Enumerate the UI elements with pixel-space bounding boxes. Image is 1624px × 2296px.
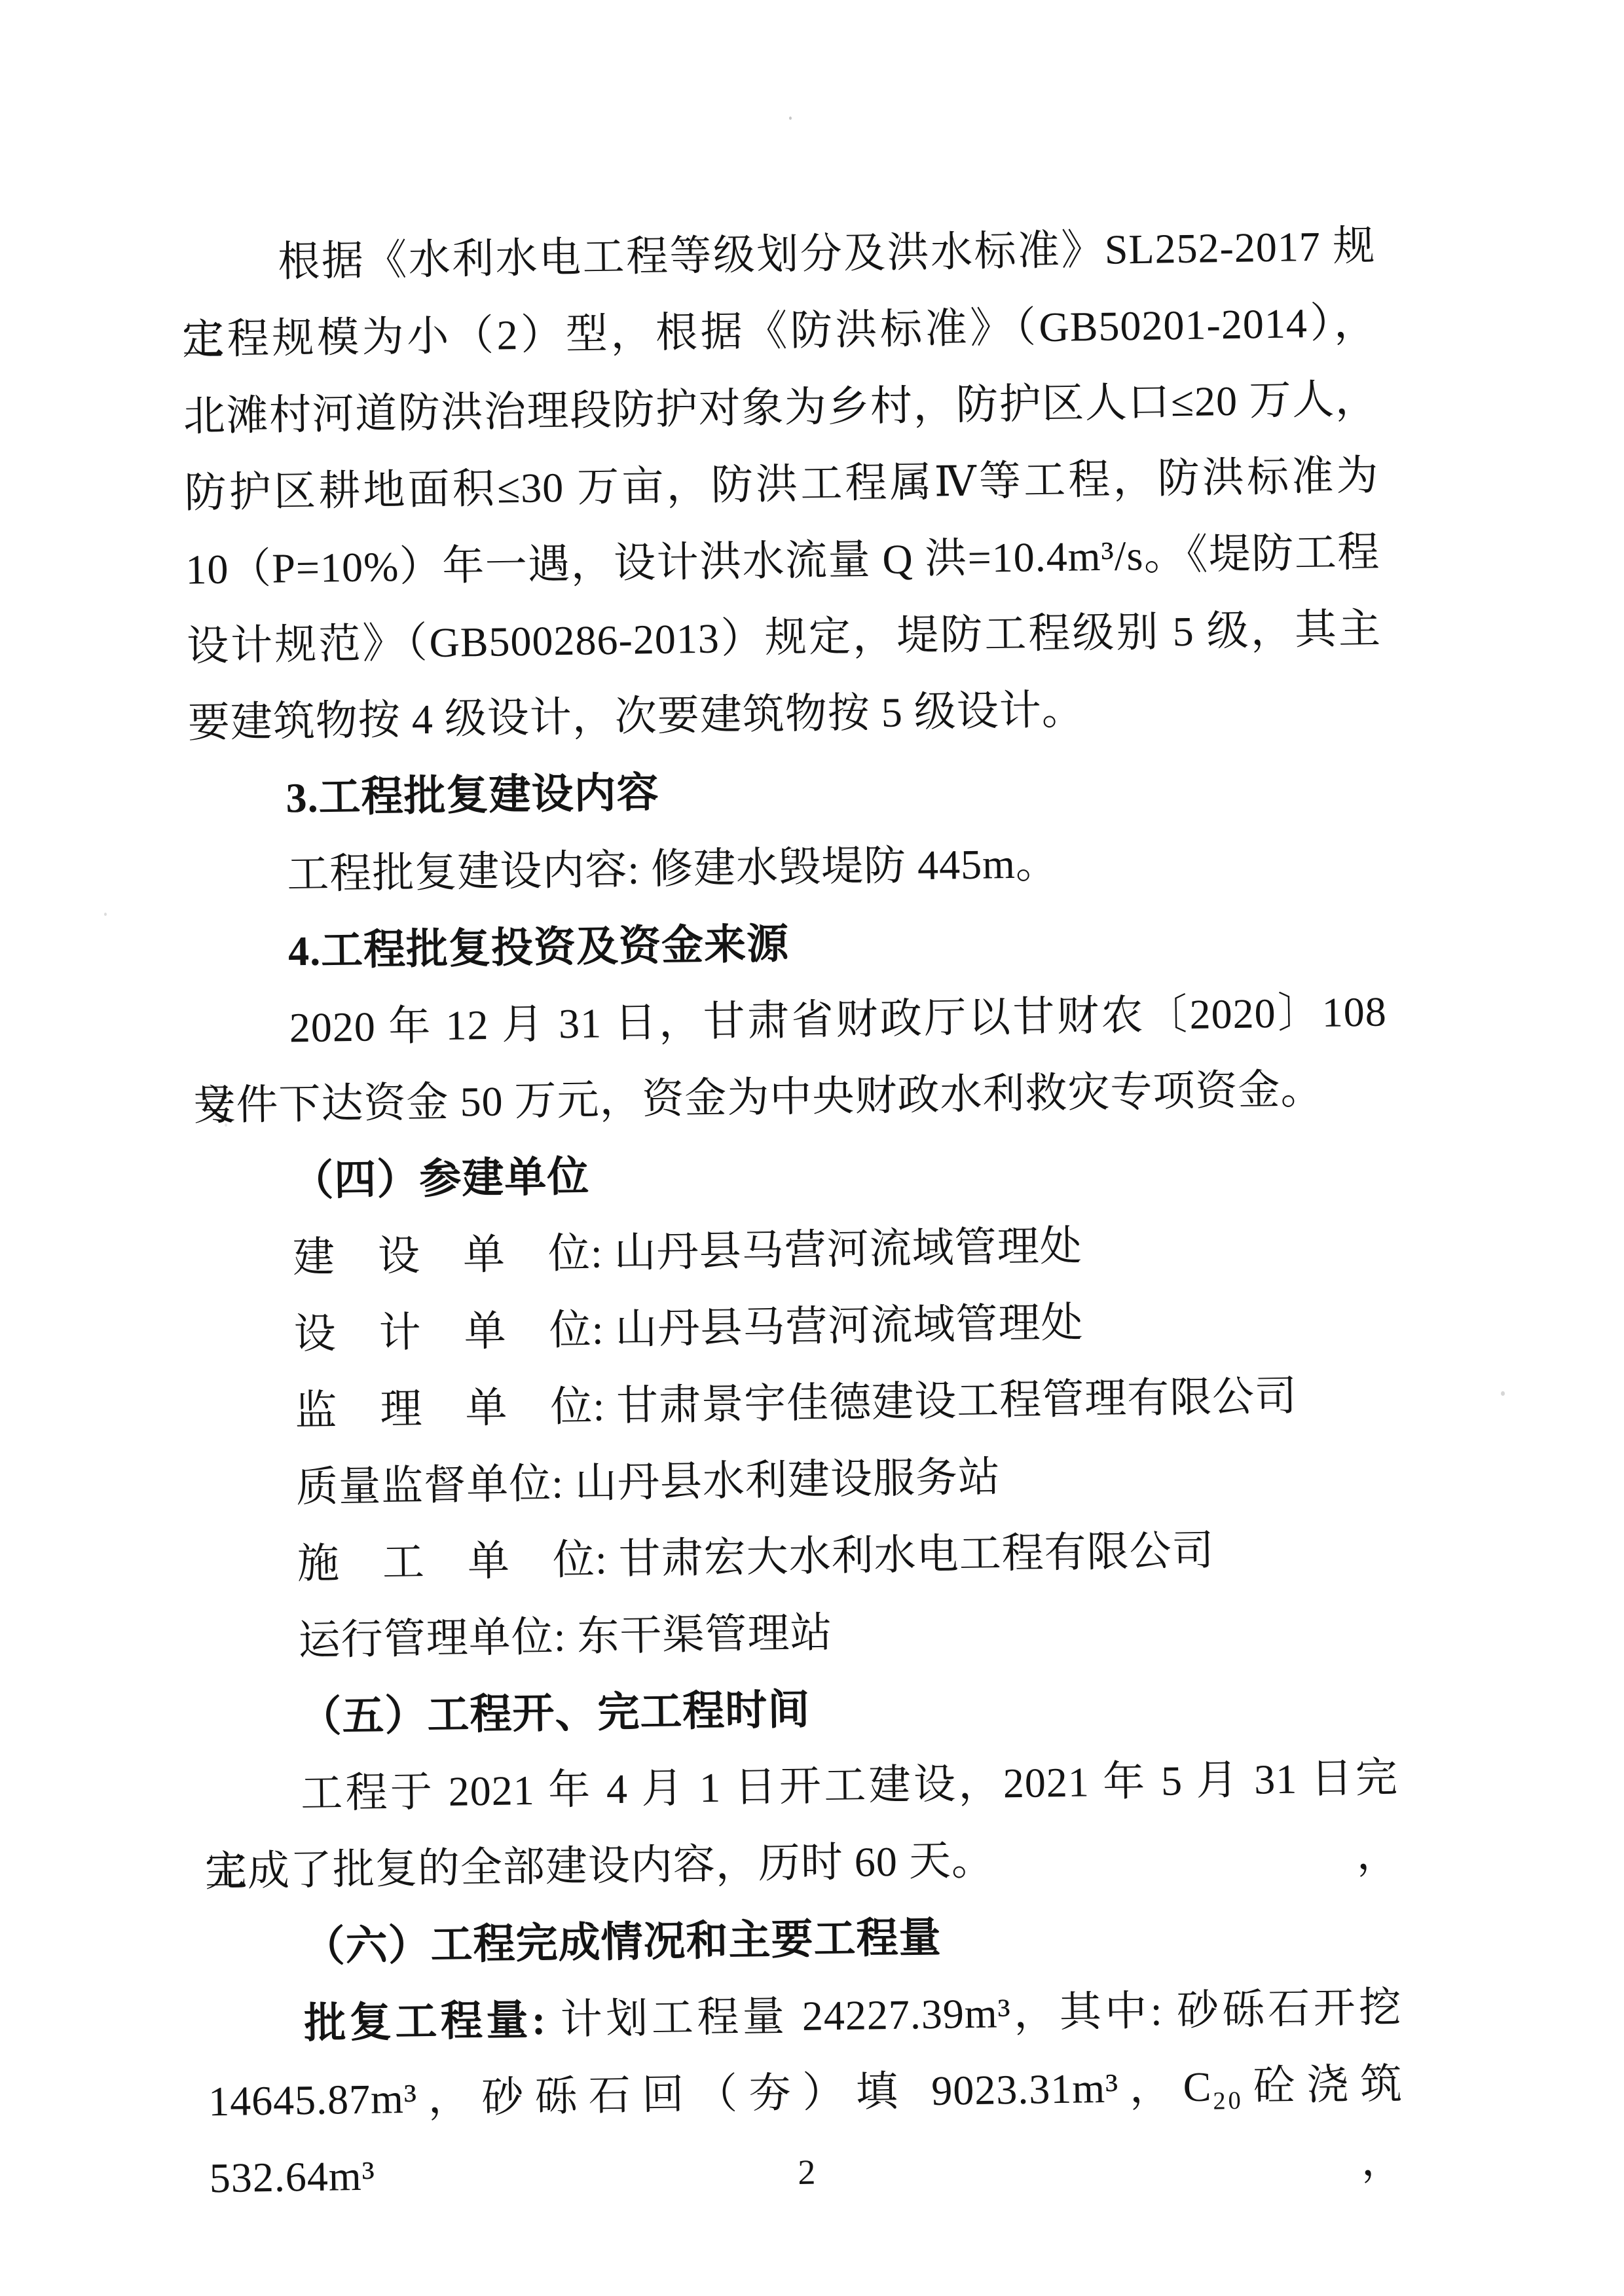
- document-body: 根据《水利水电工程等级划分及洪水标准》SL252-2017 规定，工程规模为小（…: [181, 208, 1405, 2211]
- paper-sheet: 根据《水利水电工程等级划分及洪水标准》SL252-2017 规定，工程规模为小（…: [0, 0, 1624, 2296]
- scanned-document-page: { "page": { "number": "2" }, "document":…: [0, 0, 1624, 2296]
- scan-speckles: [789, 117, 792, 120]
- bold-label: 批复工程量:: [304, 1996, 561, 2047]
- text-block: 根据《水利水电工程等级划分及洪水标准》SL252-2017 规定，工程规模为小（…: [181, 208, 1403, 2140]
